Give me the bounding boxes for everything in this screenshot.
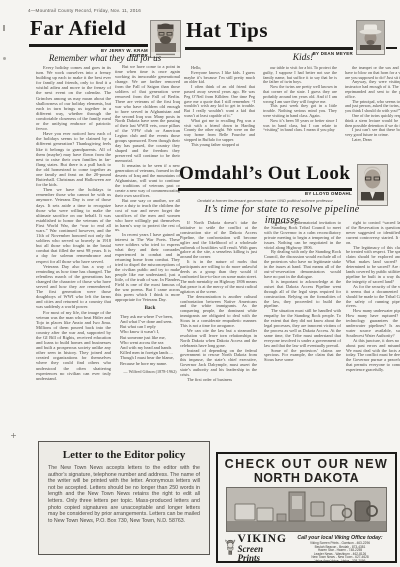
viking-logo: VIKING Screen Prints <box>225 534 287 562</box>
lloyd-omdahl-portrait-image <box>358 165 387 205</box>
souvenir-ad: CHECK OUT OUR NEW NORTH DAKOTA SOUVENIRS… <box>216 452 397 563</box>
letter-policy-box: Letter to the Editor policy The New Town… <box>38 441 210 555</box>
omdahl-column-3: right to control “sacred land” outside o… <box>346 221 400 435</box>
far-afield-rule <box>29 44 148 47</box>
hat-tips-column-3: the trumpet or the sax and you don’t hav… <box>345 66 400 163</box>
far-afield-column-2-text: But we have come to a point in time when… <box>115 65 180 303</box>
dean-meyer-photo <box>356 20 385 55</box>
page-folio: 4—Mountrail County Record, Friday, Nov. … <box>28 8 141 13</box>
hat-tips-masthead: Hat Tips <box>186 19 268 42</box>
omdahl-column-2: should be a gubernatorial invitation to … <box>264 221 341 435</box>
war-poem-lines: They ask me where I’ve been,And what I’v… <box>120 314 180 366</box>
war-poem-attribution: — Wilfred Gibson (1878-1962) <box>120 370 180 375</box>
far-afield-column-2: But we have come to a point in time when… <box>115 65 180 437</box>
ad-headline-line-1: CHECK OUT OUR NEW <box>218 457 395 471</box>
scan-artifact <box>13 433 14 438</box>
hat-tips-column-1: Hello,Everyone knows I like kids. I gues… <box>184 66 255 163</box>
souvenir-photo <box>226 487 387 532</box>
contact-list: Viking Screen Prints - Garrison - 463-22… <box>290 542 390 563</box>
lloyd-omdahl-photo <box>357 164 388 206</box>
viking-contacts: Call your local Viking Office today: Vik… <box>290 535 390 563</box>
hat-tips-rule <box>185 47 353 50</box>
letter-policy-body: The New Town News accepts letters to the… <box>48 465 200 524</box>
scan-artifact <box>3 57 6 60</box>
war-poem: Back They ask me where I’ve been,And wha… <box>115 307 180 375</box>
souvenir-photo-image <box>227 488 386 531</box>
omdahl-masthead: Omdahl’s Out Look <box>179 163 350 184</box>
dean-meyer-portrait-image <box>357 21 384 54</box>
far-afield-column-1: Every holiday comes and goes in its turn… <box>36 65 111 433</box>
war-poem-title: Back <box>120 307 180 312</box>
far-afield-headline: Remember what they did for us <box>30 53 180 63</box>
hat-tips-column-2: our table to visit for a bit. To protect… <box>263 66 337 163</box>
omdahl-byline: BY LLOYD OMDAHL <box>240 191 352 196</box>
newspaper-page: 4—Mountrail County Record, Friday, Nov. … <box>0 0 400 567</box>
hat-tips-rule-right <box>386 47 397 49</box>
omdahl-tagline: Omdahl a former lieutenant governor, for… <box>178 198 352 203</box>
jerry-kram-portrait-image <box>151 21 180 57</box>
viking-logo-sub2: Prints <box>238 554 287 563</box>
letter-policy-title: Letter to the Editor policy <box>48 449 200 461</box>
viking-mascot-icon <box>225 534 236 560</box>
omdahl-column-1: If North Dakota doesn’t take the initiat… <box>180 221 257 435</box>
far-afield-masthead: Far Afield <box>30 17 126 40</box>
scan-artifact <box>3 25 5 31</box>
hat-tips-headline: Kids! <box>203 53 400 63</box>
